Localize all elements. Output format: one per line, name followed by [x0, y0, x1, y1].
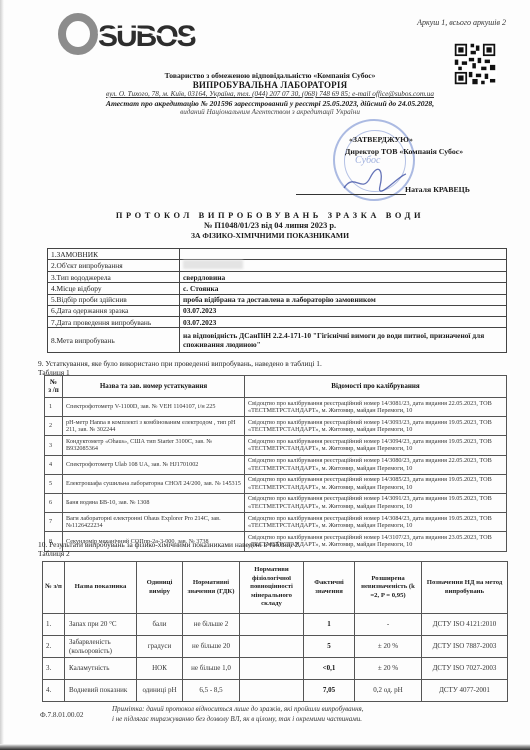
circle-o-logo-icon: SUBOS	[58, 12, 198, 56]
indicator-name: Запах при 20 °С	[65, 614, 137, 636]
calibration-info: Свідоцтво про калібрування реєстраційний…	[245, 513, 507, 532]
unit: градуси	[137, 636, 183, 658]
table-row: 2pH-метр Hanna в комплекті з комбіновани…	[45, 417, 507, 436]
info-row: 5.Відбір проби здійснив проба відібрана …	[48, 294, 507, 305]
table-row: 4Спектрофотометр Ulab 108 UA, зав. № HJ1…	[45, 455, 507, 474]
info-value: 03.07.2023	[180, 305, 507, 316]
results-table: № з/п Назва показника Одиниці виміру Нор…	[42, 561, 508, 702]
row-number: 3.	[43, 658, 65, 680]
calibration-info: Свідоцтво про калібрування реєстраційний…	[245, 474, 507, 493]
row-number: 4	[45, 455, 63, 474]
info-row: 8.Мета випробувань на відповідність ДСан…	[48, 328, 507, 353]
norm-value: не більше 20	[183, 636, 240, 658]
info-key: 2.Об'єкт випробування	[48, 260, 180, 272]
equipment-name: pH-метр Hanna в комплекті з комбінованим…	[63, 417, 245, 436]
uncertainty: 0,2 од. pH	[355, 680, 422, 702]
row-number: 2.	[43, 636, 65, 658]
table-row: 6Баня водяна БВ-10, зав. № 1308Свідоцтво…	[45, 493, 507, 512]
info-row: 6.Дата одержання зразка 03.07.2023	[48, 305, 507, 316]
col-header: Нормативи фізіологічної повноцінності мі…	[240, 562, 304, 614]
info-key: 3.Тип вододжерела	[48, 272, 180, 283]
table-row: 7Ваги лабораторні електронні Ohaus Explo…	[45, 513, 507, 532]
footer-note: Примітка: даний протокол відноситься лиш…	[112, 705, 364, 724]
redacted-block	[183, 260, 243, 269]
equipment-name: Кондуктометр «Ohaus», США тип Starter 31…	[63, 436, 245, 455]
info-key: 6.Дата одержання зразка	[48, 305, 180, 316]
equipment-name: Баня водяна БВ-10, зав. № 1308	[63, 493, 245, 512]
info-value: 03.07.2023	[180, 316, 507, 327]
row-number: 6	[45, 493, 63, 512]
scan-edge-bottom	[0, 744, 530, 750]
table-2-label: Таблиця 2	[38, 549, 300, 558]
test-method: ДСТУ ISO 7887-2003	[422, 636, 508, 658]
info-row: 2.Об'єкт випробування	[48, 260, 507, 272]
row-number: 7	[45, 513, 63, 532]
title-line-3: ЗА ФІЗИКО-ХІМІЧНИМИ ПОКАЗНИКАМИ	[40, 231, 500, 241]
unit: одиниці pH	[137, 680, 183, 702]
info-row: 7.Дата проведення випробувань 03.07.2023	[48, 316, 507, 327]
footer-note-line-2: і не підлягає тиражуванню без дозволу ВЛ…	[112, 715, 364, 725]
col-header: Відомості про калібрування	[245, 376, 507, 398]
col-header: Фактичні значення	[304, 562, 355, 614]
calibration-info: Свідоцтво про калібрування реєстраційний…	[245, 398, 507, 417]
unit: НОК	[137, 658, 183, 680]
indicator-name: Каламутність	[65, 658, 137, 680]
col-header: Нормативні значення (ГДК)	[183, 562, 240, 614]
equipment-name: Ваги лабораторні електронні Ohaus Explor…	[63, 513, 245, 532]
actual-value: 5	[304, 636, 355, 658]
lab-name: ВИПРОБУВАЛЬНА ЛАБОРАТОРІЯ	[40, 80, 500, 90]
table-row: 1.Запах при 20 °Сбалине більше 21-ДСТУ I…	[43, 614, 508, 636]
indicator-name: Водневий показник	[65, 680, 137, 702]
actual-value: 7,05	[304, 680, 355, 702]
approval-name: Наталя КРАВЕЦЬ	[405, 185, 470, 194]
row-number: 1.	[43, 614, 65, 636]
stamp-text: Субос	[355, 155, 380, 166]
norm-value: не більше 2	[183, 614, 240, 636]
info-value: на відповідність ДСанПіН 2.2.4-171-10 "Г…	[180, 328, 507, 353]
norm-value: не більше 1,0	[183, 658, 240, 680]
table-row: 2.Забарвленість (кольоровість)градусине …	[43, 636, 508, 658]
row-number: 5	[45, 474, 63, 493]
document-page: SUBOS Аркуш 1, всього аркушів 2 Товарист…	[0, 0, 530, 750]
info-key: 8.Мета випробувань	[48, 328, 180, 353]
table-row: 5Електрошафа сушильна лабораторна СНОЛ 2…	[45, 474, 507, 493]
row-number: 1	[45, 398, 63, 417]
calibration-info: Свідоцтво про калібрування реєстраційний…	[245, 493, 507, 512]
lab-header: Товариство з обмеженою відповідальністю …	[40, 71, 500, 117]
footer-note-line-1: Примітка: даний протокол відноситься лиш…	[112, 705, 364, 715]
table-row: 4.Водневий показникодиниці pH6,5 - 8,57,…	[43, 680, 508, 702]
section-10-note: 10. Результати випробувань за фізико-хім…	[38, 540, 300, 558]
col-header: Позначення НД на метод випробувань	[422, 562, 508, 614]
physiological-norm	[240, 636, 304, 658]
info-value-redacted	[180, 260, 507, 272]
calibration-info: Свідоцтво про калібрування реєстраційний…	[245, 436, 507, 455]
sheet-info: Аркуш 1, всього аркушів 2	[417, 18, 506, 27]
approval-position: Директор ТОВ «Компанія Субос»	[345, 147, 463, 156]
col-header: Назва показника	[65, 562, 137, 614]
title-line-2: № П1048/01/23 від 04 липня 2023 р.	[40, 221, 500, 231]
test-method: ДСТУ ISO 4121:2010	[422, 614, 508, 636]
sample-info-table: 1.ЗАМОВНИК 2.Об'єкт випробування 3.Тип в…	[47, 248, 507, 353]
signature	[340, 168, 410, 194]
table-row: 3.КаламутністьНОКне більше 1,0<0,1± 20 %…	[43, 658, 508, 680]
info-row: 1.ЗАМОВНИК	[48, 249, 507, 260]
row-number: 4.	[43, 680, 65, 702]
physiological-norm	[240, 614, 304, 636]
protocol-title: ПРОТОКОЛ ВИПРОБОВУВАНЬ ЗРАЗКА ВОДИ № П10…	[40, 210, 500, 241]
signature-line	[296, 194, 406, 195]
actual-value: 1	[304, 614, 355, 636]
actual-value: <0,1	[304, 658, 355, 680]
info-value: проба відібрана та доставлена в лаборато…	[180, 294, 507, 305]
calibration-info: Свідоцтво про калібрування реєстраційний…	[245, 417, 507, 436]
col-header: № з /п	[45, 376, 63, 398]
scan-edge-left	[0, 0, 4, 750]
table-header-row: № з/п Назва показника Одиниці виміру Нор…	[43, 562, 508, 614]
equipment-name: Електрошафа сушильна лабораторна СНОЛ 24…	[63, 474, 245, 493]
physiological-norm	[240, 680, 304, 702]
norm-value: 6,5 - 8,5	[183, 680, 240, 702]
equipment-name: Спектрофотометр V-1100D, зав. № VEH 1104…	[63, 398, 245, 417]
info-key: 5.Відбір проби здійснив	[48, 294, 180, 305]
col-header: Розширена невизначеність (k =2, P = 0,95…	[355, 562, 422, 614]
col-header: № з/п	[43, 562, 65, 614]
accreditation-issuer: виданий Національним Агентством з акреди…	[40, 108, 500, 117]
info-key: 7.Дата проведення випробувань	[48, 316, 180, 327]
col-header: Назва та зав. номер устаткування	[63, 376, 245, 398]
uncertainty: ± 20 %	[355, 636, 422, 658]
section-9-text: 9. Устаткування, яке було використано пр…	[38, 359, 322, 368]
info-row: 3.Тип вододжерела свердловина	[48, 272, 507, 283]
info-value: свердловина	[180, 272, 507, 283]
row-number: 2	[45, 417, 63, 436]
logo-text: SUBOS	[98, 20, 196, 53]
info-key: 4.Місце відбору	[48, 283, 180, 294]
info-row: 4.Місце відбору с. Стоянка	[48, 283, 507, 294]
unit: бали	[137, 614, 183, 636]
accreditation: Атестат про акредитацію № 201596 зареєст…	[40, 99, 500, 108]
table-row: 3Кондуктометр «Ohaus», США тип Starter 3…	[45, 436, 507, 455]
form-code: Ф.7.8.01.00.02	[40, 711, 83, 719]
calibration-info: Свідоцтво про калібрування реєстраційний…	[245, 455, 507, 474]
lab-address: вул. О. Тихого, 78, м. Київ, 03164, Укра…	[40, 90, 500, 99]
physiological-norm	[240, 658, 304, 680]
company-name: Товариство з обмеженою відповідальністю …	[40, 71, 500, 80]
section-10-text: 10. Результати випробувань за фізико-хім…	[38, 540, 300, 549]
title-line-1: ПРОТОКОЛ ВИПРОБОВУВАНЬ ЗРАЗКА ВОДИ	[40, 210, 500, 221]
col-header: Одиниці виміру	[137, 562, 183, 614]
table-header-row: № з /п Назва та зав. номер устаткування …	[45, 376, 507, 398]
info-value: с. Стоянка	[180, 283, 507, 294]
row-number: 3	[45, 436, 63, 455]
uncertainty: ± 20 %	[355, 658, 422, 680]
approval-label: «ЗАТВЕРДЖУЮ»	[349, 135, 413, 144]
equipment-table: № з /п Назва та зав. номер устаткування …	[44, 375, 507, 552]
table-row: 1Спектрофотометр V-1100D, зав. № VEH 110…	[45, 398, 507, 417]
test-method: ДСТУ 4077-2001	[422, 680, 508, 702]
indicator-name: Забарвленість (кольоровість)	[65, 636, 137, 658]
info-key: 1.ЗАМОВНИК	[48, 249, 180, 260]
equipment-name: Спектрофотометр Ulab 108 UA, зав. № HJ17…	[63, 455, 245, 474]
uncertainty: -	[355, 614, 422, 636]
test-method: ДСТУ ISO 7027-2003	[422, 658, 508, 680]
info-value	[180, 249, 507, 260]
